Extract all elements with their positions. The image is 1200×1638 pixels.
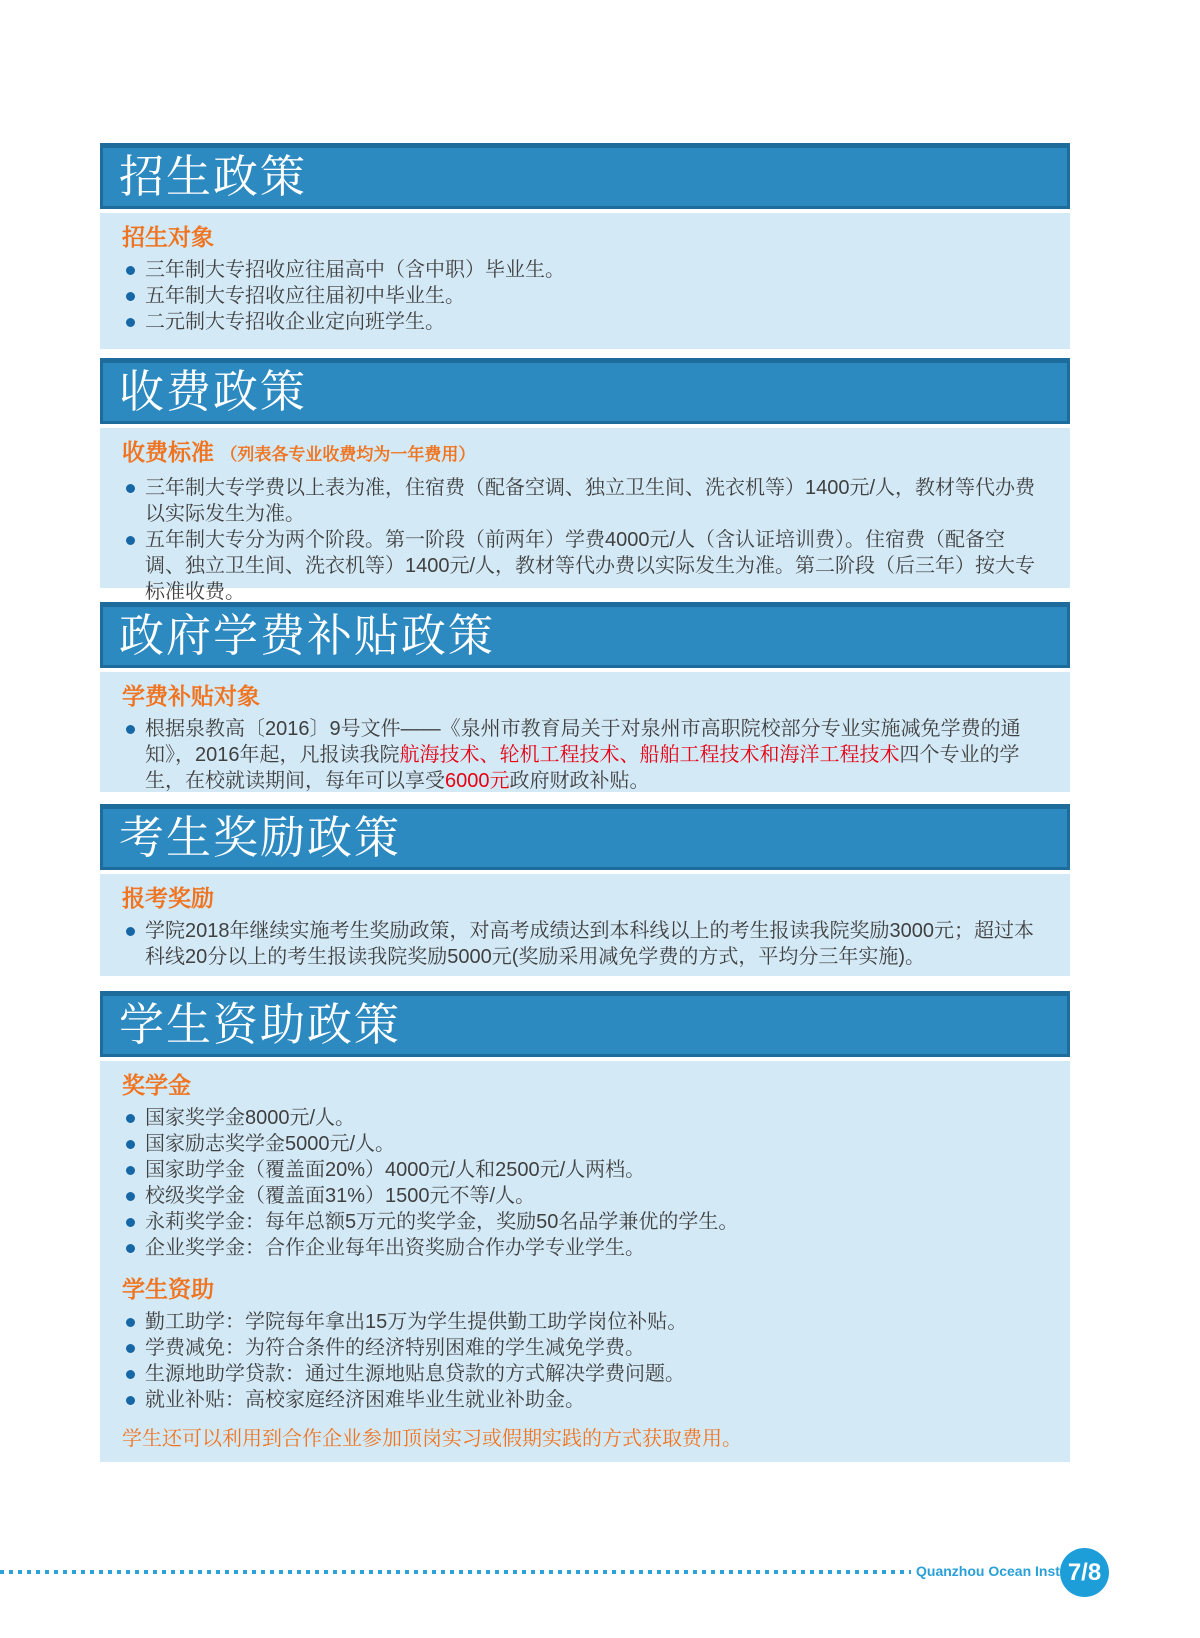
bullet-list: 三年制大专招收应往届高中（含中职）毕业生。五年制大专招收应往届初中毕业生。二元制… [122, 257, 1044, 335]
bullet-text: 企业奖学金：合作企业每年出资奖励合作办学专业学生。 [145, 1235, 1044, 1261]
bullet-dot-icon [126, 1396, 135, 1405]
bullet-item: 永莉奖学金：每年总额5万元的奖学金，奖励50名品学兼优的学生。 [122, 1209, 1044, 1235]
bullet-text: 三年制大专招收应往届高中（含中职）毕业生。 [145, 257, 1044, 283]
subsection-title-text: 招生对象 [122, 224, 214, 250]
brochure-page: 招生政策 招生对象 三年制大专招收应往届高中（含中职）毕业生。五年制大专招收应往… [0, 0, 1200, 1638]
bullet-item: 生源地助学贷款：通过生源地贴息贷款的方式解决学费问题。 [122, 1361, 1044, 1387]
bullet-dot-icon [126, 1140, 135, 1149]
bullet-item: 五年制大专招收应往届初中毕业生。 [122, 283, 1044, 309]
bullet-text: 就业补贴：高校家庭经济困难毕业生就业补助金。 [145, 1387, 1044, 1413]
bullet-item: 学院2018年继续实施考生奖励政策，对高考成绩达到本科线以上的考生报读我院奖励3… [122, 918, 1044, 970]
subsection-title: 收费标准 （列表各专业收费均为一年费用） [122, 438, 1044, 469]
bullet-text: 五年制大专分为两个阶段。第一阶段（前两年）学费4000元/人（含认证培训费）。住… [145, 527, 1044, 605]
dotted-divider [0, 1570, 911, 1574]
bullet-item: 五年制大专分为两个阶段。第一阶段（前两年）学费4000元/人（含认证培训费）。住… [122, 527, 1044, 605]
bullet-dot-icon [126, 1192, 135, 1201]
section-header-bar: 学生资助政策 [100, 991, 1070, 1057]
bullet-dot-icon [126, 927, 135, 936]
bullet-list: 根据泉教高〔2016〕9号文件——《泉州市教育局关于对泉州市高职院校部分专业实施… [122, 716, 1044, 794]
bullet-dot-icon [126, 484, 135, 493]
bullet-dot-icon [126, 1166, 135, 1175]
bullet-text: 根据泉教高〔2016〕9号文件——《泉州市教育局关于对泉州市高职院校部分专业实施… [145, 716, 1044, 794]
section-title: 政府学费补贴政策 [119, 610, 495, 661]
subsection-title: 学费补贴对象 [122, 682, 1044, 710]
subsection-title: 报考奖励 [122, 884, 1044, 912]
subsection-title-student-aid: 学生资助 [122, 1275, 1044, 1303]
section-admission-policy: 招生政策 招生对象 三年制大专招收应往届高中（含中职）毕业生。五年制大专招收应往… [100, 143, 1070, 349]
internship-note: 学生还可以利用到合作企业参加顶岗实习或假期实践的方式获取费用。 [122, 1426, 1044, 1452]
bullet-item: 国家励志奖学金5000元/人。 [122, 1131, 1044, 1157]
bullet-text: 国家奖学金8000元/人。 [145, 1105, 1044, 1131]
section-title: 学生资助政策 [119, 999, 401, 1050]
bullet-dot-icon [126, 1318, 135, 1327]
bullet-text: 五年制大专招收应往届初中毕业生。 [145, 283, 1044, 309]
subsection-title: 招生对象 [122, 223, 1044, 251]
section-government-subsidy-policy: 政府学费补贴政策 学费补贴对象 根据泉教高〔2016〕9号文件——《泉州市教育局… [100, 602, 1070, 792]
subsection-title-text: 学费补贴对象 [122, 683, 260, 709]
section-header-bar: 招生政策 [100, 143, 1070, 209]
section-title: 招生政策 [119, 151, 307, 202]
bullet-item: 根据泉教高〔2016〕9号文件——《泉州市教育局关于对泉州市高职院校部分专业实施… [122, 716, 1044, 794]
bullet-item: 三年制大专招收应往届高中（含中职）毕业生。 [122, 257, 1044, 283]
subsection-title-note: （列表各专业收费均为一年费用） [220, 445, 475, 464]
bullet-item: 勤工助学：学院每年拿出15万为学生提供勤工助学岗位补贴。 [122, 1309, 1044, 1335]
bullet-text: 国家助学金（覆盖面20%）4000元/人和2500元/人两档。 [145, 1157, 1044, 1183]
bullet-item: 学费减免：为符合条件的经济特别困难的学生减免学费。 [122, 1335, 1044, 1361]
section-body: 奖学金 国家奖学金8000元/人。国家励志奖学金5000元/人。国家助学金（覆盖… [100, 1061, 1070, 1462]
bullet-dot-icon [126, 1114, 135, 1123]
bullet-item: 就业补贴：高校家庭经济困难毕业生就业补助金。 [122, 1387, 1044, 1413]
subsection-title-text: 报考奖励 [122, 885, 214, 911]
bullet-dot-icon [126, 1244, 135, 1253]
bullet-list: 国家奖学金8000元/人。国家励志奖学金5000元/人。国家助学金（覆盖面20%… [122, 1105, 1044, 1261]
subsection-title-scholarship: 奖学金 [122, 1071, 1044, 1099]
bullet-text: 二元制大专招收企业定向班学生。 [145, 309, 1044, 335]
bullet-dot-icon [126, 536, 135, 545]
section-body: 学费补贴对象 根据泉教高〔2016〕9号文件——《泉州市教育局关于对泉州市高职院… [100, 672, 1070, 792]
bullet-item: 企业奖学金：合作企业每年出资奖励合作办学专业学生。 [122, 1235, 1044, 1261]
section-body: 收费标准 （列表各专业收费均为一年费用） 三年制大专学费以上表为准，住宿费（配备… [100, 428, 1070, 588]
bullet-dot-icon [126, 292, 135, 301]
bullet-item: 校级奖学金（覆盖面31%）1500元不等/人。 [122, 1183, 1044, 1209]
page-number-badge: 7/8 [1060, 1548, 1109, 1597]
bullet-text: 学院2018年继续实施考生奖励政策，对高考成绩达到本科线以上的考生报读我院奖励3… [145, 918, 1044, 970]
bullet-text: 永莉奖学金：每年总额5万元的奖学金，奖励50名品学兼优的学生。 [145, 1209, 1044, 1235]
section-header-bar: 政府学费补贴政策 [100, 602, 1070, 668]
section-body: 招生对象 三年制大专招收应往届高中（含中职）毕业生。五年制大专招收应往届初中毕业… [100, 213, 1070, 349]
section-title: 考生奖励政策 [119, 812, 401, 863]
bullet-dot-icon [126, 266, 135, 275]
bullet-text: 勤工助学：学院每年拿出15万为学生提供勤工助学岗位补贴。 [145, 1309, 1044, 1335]
bullet-item: 二元制大专招收企业定向班学生。 [122, 309, 1044, 335]
section-title: 收费政策 [119, 366, 307, 417]
bullet-item: 国家助学金（覆盖面20%）4000元/人和2500元/人两档。 [122, 1157, 1044, 1183]
bullet-text: 校级奖学金（覆盖面31%）1500元不等/人。 [145, 1183, 1044, 1209]
section-candidate-reward-policy: 考生奖励政策 报考奖励 学院2018年继续实施考生奖励政策，对高考成绩达到本科线… [100, 804, 1070, 976]
section-fee-policy: 收费政策 收费标准 （列表各专业收费均为一年费用） 三年制大专学费以上表为准，住… [100, 358, 1070, 588]
section-student-aid-policy: 学生资助政策 奖学金 国家奖学金8000元/人。国家励志奖学金5000元/人。国… [100, 991, 1070, 1462]
bullet-dot-icon [126, 725, 135, 734]
bullet-text: 三年制大专学费以上表为准，住宿费（配备空调、独立卫生间、洗衣机等）1400元/人… [145, 475, 1044, 527]
bullet-dot-icon [126, 1344, 135, 1353]
bullet-dot-icon [126, 1370, 135, 1379]
section-header-bar: 收费政策 [100, 358, 1070, 424]
bullet-dot-icon [126, 1218, 135, 1227]
section-header-bar: 考生奖励政策 [100, 804, 1070, 870]
subsection-title-text: 奖学金 [122, 1072, 191, 1098]
section-body: 报考奖励 学院2018年继续实施考生奖励政策，对高考成绩达到本科线以上的考生报读… [100, 874, 1070, 976]
bullet-text: 学费减免：为符合条件的经济特别困难的学生减免学费。 [145, 1335, 1044, 1361]
bullet-list: 勤工助学：学院每年拿出15万为学生提供勤工助学岗位补贴。学费减免：为符合条件的经… [122, 1309, 1044, 1413]
bullet-list: 三年制大专学费以上表为准，住宿费（配备空调、独立卫生间、洗衣机等）1400元/人… [122, 475, 1044, 605]
bullet-text: 国家励志奖学金5000元/人。 [145, 1131, 1044, 1157]
bullet-item: 三年制大专学费以上表为准，住宿费（配备空调、独立卫生间、洗衣机等）1400元/人… [122, 475, 1044, 527]
subsection-title-text: 学生资助 [122, 1276, 214, 1302]
subsection-title-text: 收费标准 [122, 439, 214, 465]
bullet-list: 学院2018年继续实施考生奖励政策，对高考成绩达到本科线以上的考生报读我院奖励3… [122, 918, 1044, 970]
bullet-text: 生源地助学贷款：通过生源地贴息贷款的方式解决学费问题。 [145, 1361, 1044, 1387]
bullet-item: 国家奖学金8000元/人。 [122, 1105, 1044, 1131]
bullet-dot-icon [126, 318, 135, 327]
